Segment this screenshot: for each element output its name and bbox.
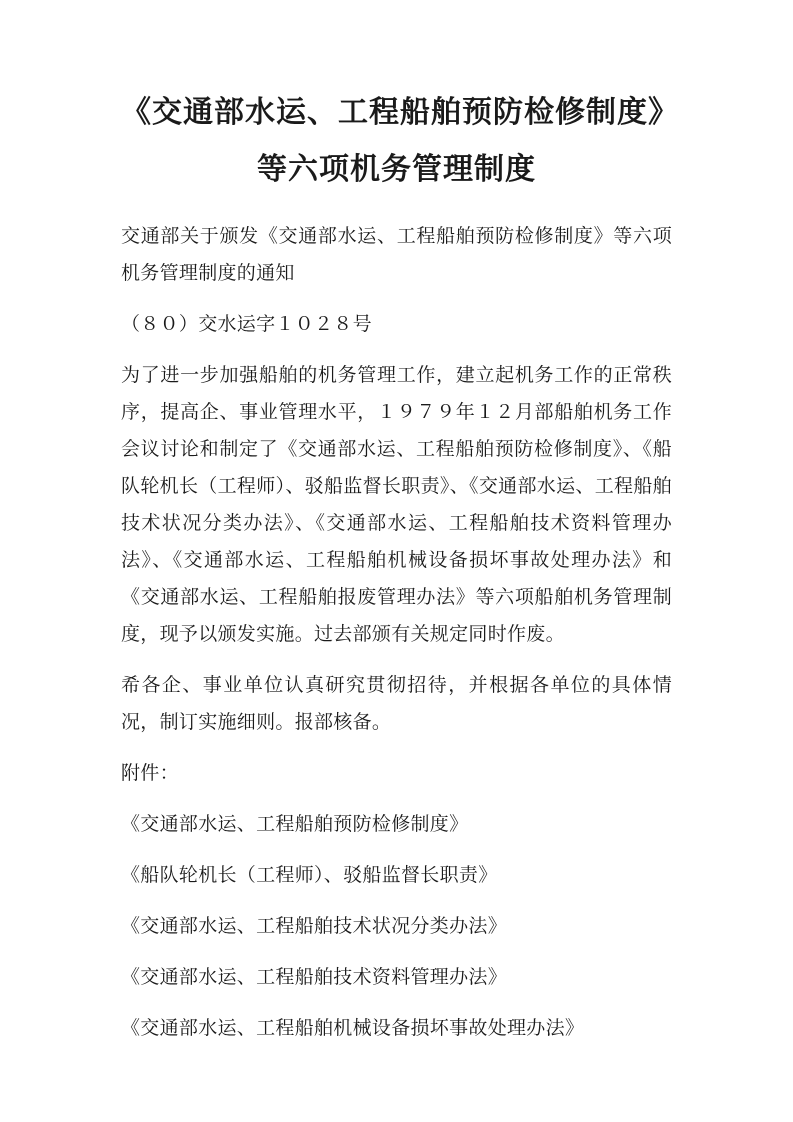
attachment-item-1: 《交通部水运、工程船舶预防检修制度》 bbox=[121, 806, 672, 843]
attachments-label: 附件： bbox=[121, 755, 672, 792]
document-page: 《交通部水运、工程船舶预防检修制度》 等六项机务管理制度 交通部关于颁发《交通部… bbox=[0, 0, 793, 1122]
document-title: 《交通部水运、工程船舶预防检修制度》 等六项机务管理制度 bbox=[121, 84, 672, 198]
notice-heading-paragraph: 交通部关于颁发《交通部水运、工程船舶预防检修制度》等六项机务管理制度的通知 bbox=[121, 218, 672, 292]
attachment-item-2: 《船队轮机长（工程师）、驳船监督长职责》 bbox=[121, 857, 672, 894]
closing-paragraph: 希各企、事业单位认真研究贯彻招待，并根据各单位的具体情况，制订实施细则。报部核备… bbox=[121, 667, 672, 741]
document-title-line-1: 《交通部水运、工程船舶预防检修制度》 bbox=[121, 84, 672, 141]
attachment-item-4: 《交通部水运、工程船舶技术资料管理办法》 bbox=[121, 959, 672, 996]
body-paragraph: 为了进一步加强船舶的机务管理工作，建立起机务工作的正常秩序，提高企、事业管理水平… bbox=[121, 357, 672, 653]
document-title-line-2: 等六项机务管理制度 bbox=[121, 141, 672, 198]
document-number-paragraph: （８０）交水运字１０２８号 bbox=[121, 306, 672, 343]
attachment-item-5: 《交通部水运、工程船舶机械设备损坏事故处理办法》 bbox=[121, 1010, 672, 1047]
attachment-item-3: 《交通部水运、工程船舶技术状况分类办法》 bbox=[121, 908, 672, 945]
